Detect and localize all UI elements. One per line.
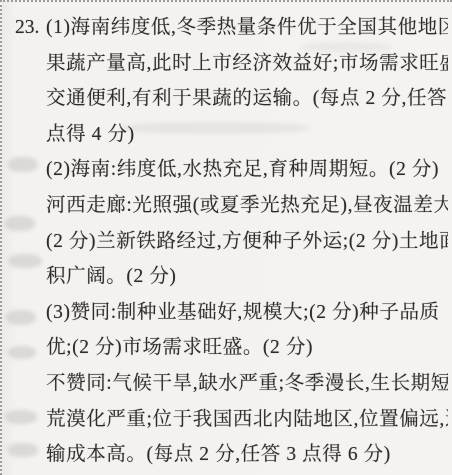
answer-line: 荒漠化严重;位于我国西北内陆地区,位置偏远,运	[15, 402, 448, 438]
answer-line: 交通便利,有利于果蔬的运输。(每点 2 分,任答 2	[15, 81, 448, 117]
answer-text: 优;(2 分)市场需求旺盛。(2 分)	[46, 337, 313, 358]
answer-text: (2)海南:纬度低,水热充足,育种周期短。(2 分)	[46, 159, 439, 180]
answer-text: (2 分)兰新铁路经过,方便种子外运;(2 分)土地面	[46, 231, 448, 252]
answer-text: 积广阔。(2 分)	[46, 266, 177, 287]
answer-text: 输成本高。(每点 2 分,任答 3 点得 6 分)	[46, 444, 391, 465]
question-number: 23.	[15, 10, 46, 46]
answer-text: 交通便利,有利于果蔬的运输。(每点 2 分,任答 2	[46, 88, 448, 109]
answer-line: 23.(1)海南纬度低,冬季热量条件优于全国其他地区,	[15, 10, 448, 46]
answer-text: 河西走廊:光照强(或夏季光热充足),昼夜温差大;	[46, 195, 448, 216]
answer-text: (1)海南纬度低,冬季热量条件优于全国其他地区,	[46, 17, 448, 38]
answer-line: (2)海南:纬度低,水热充足,育种周期短。(2 分)	[15, 152, 448, 188]
answer-text: 果蔬产量高,此时上市经济效益好;市场需求旺盛;	[46, 53, 448, 74]
answer-line: 河西走廊:光照强(或夏季光热充足),昼夜温差大;	[15, 188, 448, 224]
answer-23-block: 23.(1)海南纬度低,冬季热量条件优于全国其他地区, 果蔬产量高,此时上市经济…	[15, 10, 448, 473]
answer-line: 积广阔。(2 分)	[15, 259, 448, 295]
answer-line: 输成本高。(每点 2 分,任答 3 点得 6 分)	[15, 437, 448, 473]
answer-text: 不赞同:气候干旱,缺水严重;冬季漫长,生长期短;	[46, 373, 448, 394]
answer-text: (3)赞同:制种业基础好,规模大;(2 分)种子品质	[46, 302, 440, 323]
answer-line: (2 分)兰新铁路经过,方便种子外运;(2 分)土地面	[15, 224, 448, 260]
answer-text: 点得 4 分)	[46, 124, 135, 145]
answer-line: 优;(2 分)市场需求旺盛。(2 分)	[15, 330, 448, 366]
scanned-answer-page: 23.(1)海南纬度低,冬季热量条件优于全国其他地区, 果蔬产量高,此时上市经济…	[0, 0, 452, 475]
answer-line: (3)赞同:制种业基础好,规模大;(2 分)种子品质	[15, 295, 448, 331]
answer-line: 点得 4 分)	[15, 117, 448, 153]
answer-line: 果蔬产量高,此时上市经济效益好;市场需求旺盛;	[15, 46, 448, 82]
answer-text: 荒漠化严重;位于我国西北内陆地区,位置偏远,运	[46, 409, 448, 430]
answer-line: 不赞同:气候干旱,缺水严重;冬季漫长,生长期短;	[15, 366, 448, 402]
